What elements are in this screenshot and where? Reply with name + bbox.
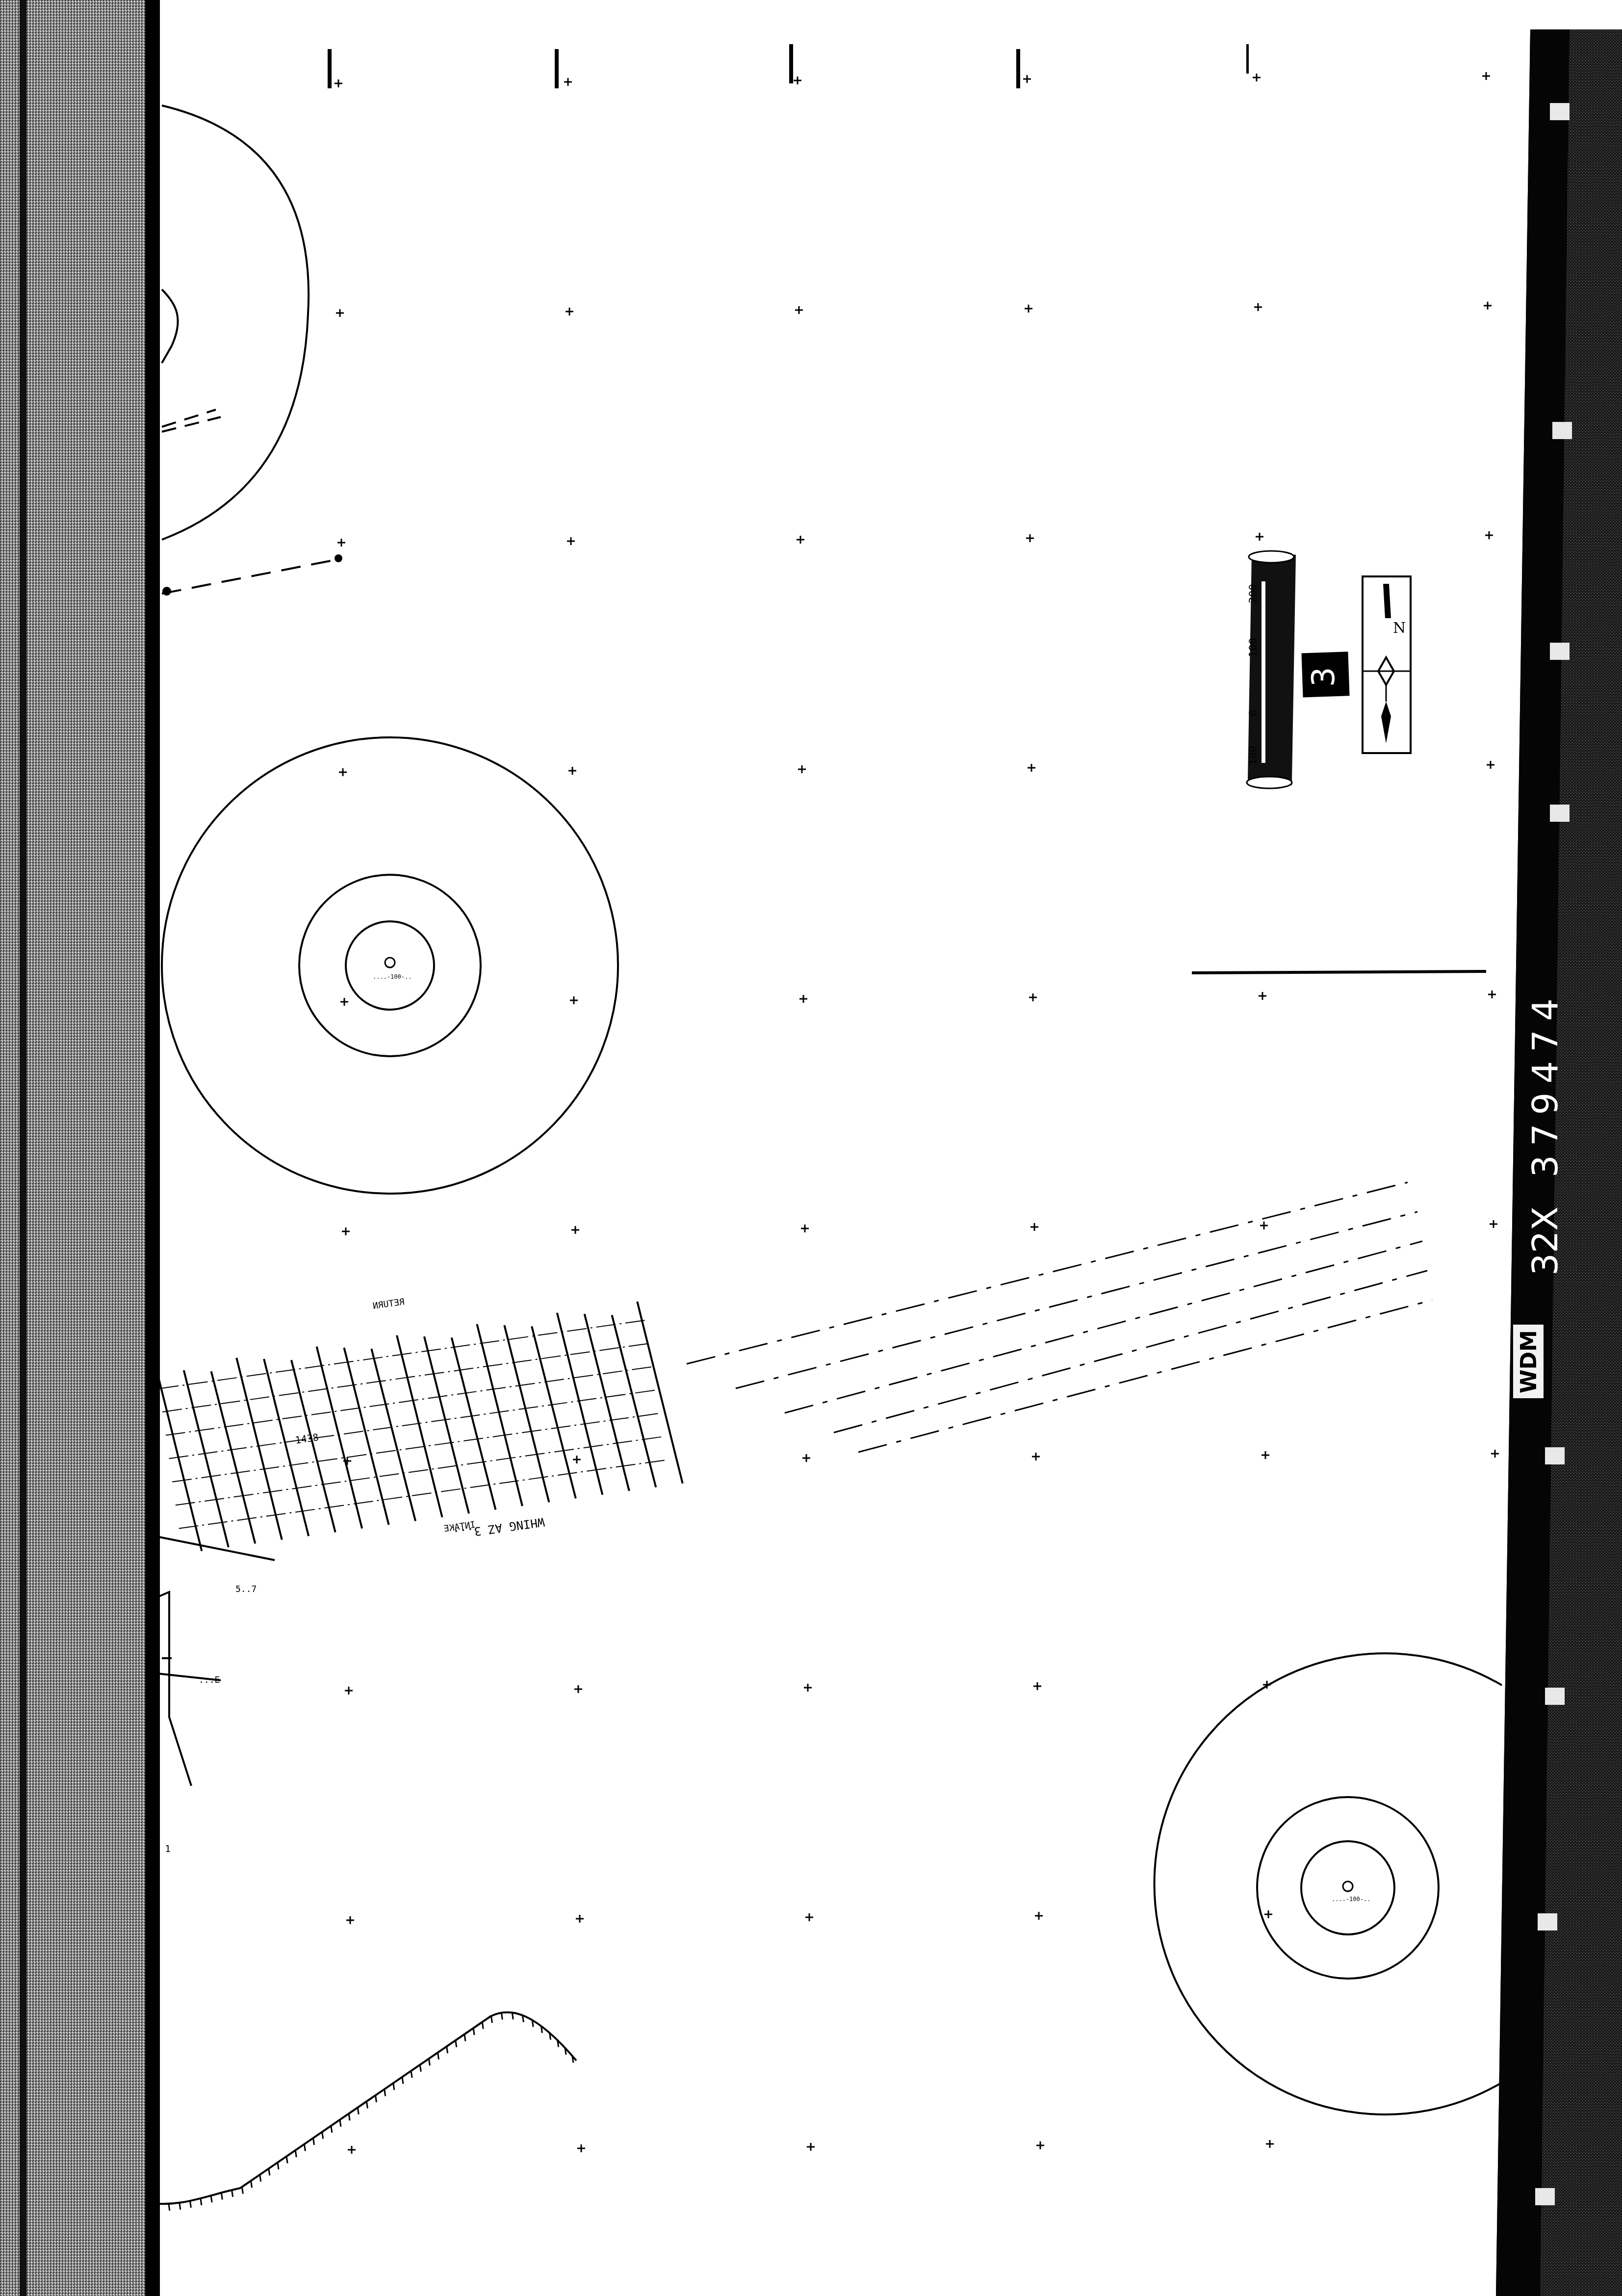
lower-circle-label: ....-100-.. bbox=[1332, 1896, 1370, 1903]
lower-right-concentric-circles bbox=[1155, 1653, 1502, 2114]
hachured-slope-line bbox=[147, 2012, 576, 2204]
middle-concentric-circles bbox=[162, 737, 618, 1194]
north-label: N bbox=[1393, 620, 1406, 637]
survey-grid: RETURN INTAKE WHING AZ 3... 1438 bbox=[151, 1262, 686, 1579]
grid-title: WHING AZ 3... bbox=[452, 1515, 545, 1541]
left-annotation-2: ...E bbox=[199, 1675, 220, 1685]
left-annotation-1: 5..7 bbox=[235, 1584, 257, 1594]
wdm-stamp: WDM bbox=[1513, 1325, 1544, 1398]
svg-text:0: 0 bbox=[1247, 710, 1260, 716]
left-structures bbox=[152, 1536, 275, 1786]
svg-text:100: 100 bbox=[1247, 746, 1260, 765]
scale-bar: 100 0 100 200 bbox=[1247, 551, 1296, 788]
upper-left-circle bbox=[162, 105, 341, 595]
reduction-label: 32X bbox=[1524, 1206, 1566, 1276]
sheet-number-badge: 3 bbox=[1301, 652, 1349, 697]
grid-label-return: RETURN bbox=[372, 1297, 405, 1311]
coordinate-grid-ticks bbox=[335, 72, 1499, 2154]
svg-text:3: 3 bbox=[1306, 667, 1342, 687]
drawing-sheet: 32X 379474 WDM ....-100-.. bbox=[0, 0, 1622, 2296]
survey-lines bbox=[687, 1182, 1432, 1452]
boundary-line bbox=[1192, 971, 1486, 973]
top-coordinate-labels bbox=[328, 44, 1249, 88]
left-annotation-3: 15 1 bbox=[147, 1843, 171, 1854]
left-scan-border bbox=[0, 0, 160, 2296]
svg-text:200: 200 bbox=[1247, 584, 1260, 603]
middle-circle-label: ....-100-.. bbox=[373, 973, 412, 980]
film-strip: 32X 379474 WDM bbox=[1496, 29, 1622, 2296]
frame-number: 379474 bbox=[1524, 990, 1566, 1177]
north-arrow-icon: N bbox=[1363, 576, 1411, 753]
svg-text:WDM: WDM bbox=[1517, 1330, 1542, 1393]
svg-text:100: 100 bbox=[1247, 638, 1260, 657]
grid-value-1438: 1438 bbox=[294, 1431, 319, 1446]
